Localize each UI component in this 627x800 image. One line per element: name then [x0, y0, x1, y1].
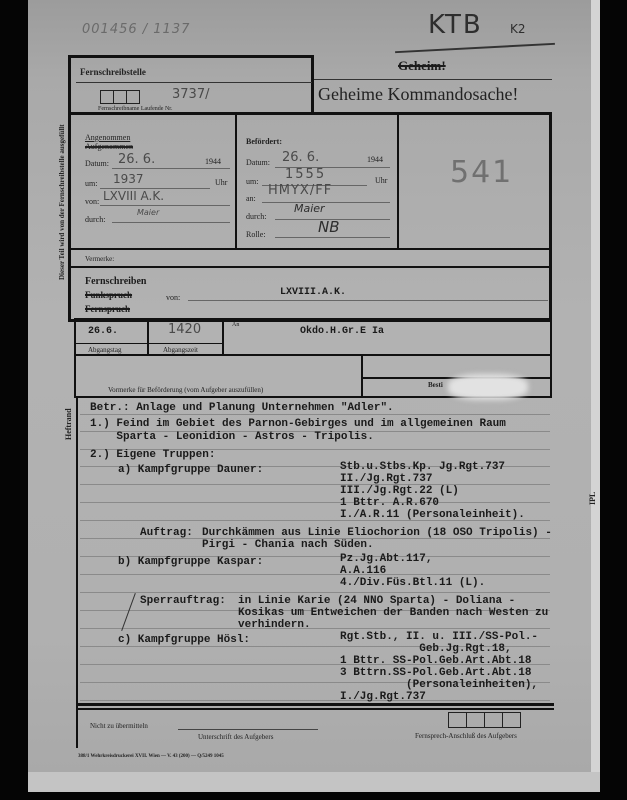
hoesl-unit-3: 1 Bttr. SS-Pol.Geb.Art.Abt.18: [340, 655, 531, 667]
paragraph-1-line-2: Sparta - Leonidion - Astros - Tripolis.: [90, 431, 374, 443]
um-label: um:: [246, 177, 258, 186]
befoerdert-datum: 26. 6.: [282, 150, 319, 165]
sender-value: LXVIII.A.K.: [280, 287, 346, 298]
ktb-suffix: K2: [510, 22, 526, 36]
befoerdert-title: Befördert:: [246, 137, 282, 146]
divider: [76, 703, 554, 706]
dauner-auftrag-line-1: Durchkämmen aus Linie Eliochorion (18 OS…: [202, 527, 552, 539]
field-line: [262, 202, 390, 203]
rule-line: [80, 628, 550, 629]
ktb-note: KTB: [428, 10, 483, 40]
datum-label: Datum:: [246, 158, 270, 167]
classification-title: Geheime Kommandosache!: [318, 84, 518, 105]
field-line: [112, 168, 230, 169]
kaspar-sperrauftrag-label: Sperrauftrag:: [140, 595, 226, 607]
laufende-nr: 3737/: [172, 87, 209, 102]
rule-line: [80, 574, 550, 575]
hoesl-unit-5: (Personaleinheiten),: [340, 679, 538, 691]
angenommen-von: LXVIII A.K.: [103, 189, 164, 203]
margin-stamp: IPL: [588, 455, 597, 505]
kaspar-unit-1: Pz.Jg.Abt.117,: [340, 553, 432, 565]
kampfgruppe-dauner-label: a) Kampfgruppe Dauner:: [118, 464, 263, 476]
print-info: 388/1 Wehrkreisdruckerei XVII. Wien — V.…: [78, 754, 224, 759]
abgangszeit-value: 1420: [168, 322, 201, 337]
message-type: Fernschreiben: [85, 276, 146, 287]
abgangszeit-label: Abgangszeit: [163, 346, 198, 354]
divider: [312, 79, 552, 80]
hoesl-unit-1: Rgt.Stb., II. u. III./SS-Pol.-: [340, 631, 538, 643]
divider: [76, 708, 554, 710]
durch-label: durch:: [246, 212, 266, 221]
kaspar-sperrauftrag-line-2: Kosikas um Entweichen der Banden nach We…: [238, 607, 548, 619]
paper-damage: [448, 374, 528, 400]
fernsprech-label: Fernsprech-Anschluß des Aufgebers: [415, 732, 517, 740]
rule-line: [80, 592, 550, 593]
message-type-fernspruch: Fernspruch: [85, 304, 130, 314]
divider: [70, 248, 550, 250]
uhr: Uhr: [375, 176, 387, 185]
nicht-uebermitteln: Nicht zu übermitteln: [90, 722, 148, 730]
hoesl-unit-4: 3 Bttrn.SS-Pol.Geb.Art.Abt.18: [340, 667, 531, 679]
year: 1944: [205, 157, 221, 166]
paragraph-1-line-1: 1.) Feind im Gebiet des Parnon-Gebirges …: [90, 418, 506, 430]
abgangstag-value: 26.6.: [88, 326, 118, 337]
abgang-box: [74, 318, 552, 356]
kampfgruppe-hoesl-label: c) Kampfgruppe Hösl:: [118, 634, 250, 646]
angenommen-um: 1937: [113, 172, 144, 186]
rolle-label: Rolle:: [246, 230, 266, 239]
divider: [222, 319, 224, 355]
divider: [235, 114, 237, 248]
archive-number: 001456 / 1137: [82, 22, 190, 37]
subject-line: Betr.: Anlage und Planung Unternehmen "A…: [90, 402, 394, 414]
abgangstag-label: Abgangstag: [88, 346, 121, 354]
divider: [75, 343, 223, 344]
divider: [397, 114, 399, 248]
besti-label: Besti: [428, 381, 443, 389]
heftrand-label: Heftrand: [64, 400, 73, 440]
an-label: an:: [246, 194, 256, 203]
rule-line: [80, 484, 550, 485]
kaspar-unit-3: 4./Div.Füs.Btl.11 (L).: [340, 577, 485, 589]
page-edge: [591, 0, 600, 792]
befoerdert-durch: Maier: [294, 202, 325, 215]
fernsprech-boxes: [448, 712, 520, 733]
year: 1944: [367, 155, 383, 164]
dauner-unit-3: III./Jg.Rgt.22 (L): [340, 485, 459, 497]
divider: [76, 82, 312, 83]
um-label: um:: [85, 179, 97, 188]
hoesl-unit-2: Geb.Jg.Rgt.18,: [340, 643, 512, 655]
field-line: [112, 222, 230, 223]
dauner-unit-1: Stb.u.Stbs.Kp. Jg.Rgt.737: [340, 461, 505, 473]
divider: [361, 355, 363, 397]
angenommen-datum: 26. 6.: [118, 152, 155, 167]
kaspar-sperrauftrag-line-3: verhindern.: [238, 619, 311, 631]
rule-line: [80, 502, 550, 503]
dauner-unit-5: I./A.R.11 (Personaleinheit).: [340, 509, 525, 521]
unterschrift-label: Unterschrift des Aufgebers: [198, 733, 273, 741]
durch-label: durch:: [85, 215, 105, 224]
recipient-value: Okdo.H.Gr.E Ia: [300, 326, 384, 337]
field-line: [100, 205, 230, 206]
angenommen-durch: Maier: [137, 208, 159, 217]
margin-line: [76, 398, 78, 748]
dauner-auftrag-label: Auftrag:: [140, 527, 193, 539]
rule-line: [80, 700, 550, 701]
hoesl-unit-6: I./Jg.Rgt.737: [340, 691, 426, 703]
field-line: [275, 237, 390, 238]
angenommen-title: Angenommen: [85, 133, 130, 142]
von-label: von:: [166, 293, 180, 302]
von-label: von:: [85, 197, 99, 206]
divider: [70, 266, 550, 268]
field-line: [188, 300, 548, 301]
an-label: An: [232, 322, 239, 328]
rule-line: [80, 414, 550, 415]
page-bottom-edge: [28, 772, 600, 792]
classification-struck: Geheim!: [398, 58, 446, 74]
fernschreibstelle-title: Fernschreibstelle: [80, 67, 146, 77]
uhr: Uhr: [215, 178, 227, 187]
kampfgruppe-kaspar-label: b) Kampfgruppe Kaspar:: [118, 556, 263, 568]
side-note: Dieser Teil wird von der Fernschreibstel…: [58, 90, 66, 280]
message-type-funkspruch: Funkspruch: [85, 290, 132, 300]
befoerdert-rolle: NB: [318, 218, 340, 236]
paragraph-2-heading: 2.) Eigene Truppen:: [90, 449, 215, 461]
kaspar-sperrauftrag-line-1: in Linie Karie (24 NNO Sparta) - Doliana…: [238, 595, 515, 607]
divider: [147, 319, 149, 355]
datum-label: Datum:: [85, 159, 109, 168]
vormerke-label: Vormerke für Beförderung (vom Aufgeber a…: [108, 386, 263, 394]
dauner-unit-4: 1 Bttr. A.R.670: [340, 497, 439, 509]
befoerdert-an: HMYX/FF: [268, 183, 332, 198]
kaspar-unit-2: A.A.116: [340, 565, 386, 577]
dauner-auftrag-line-2: Pirgi - Chania nach Süden.: [202, 539, 374, 551]
document-number: 541: [450, 155, 513, 190]
befoerdert-um: 1555: [285, 167, 326, 182]
signature-line: [178, 729, 318, 730]
dauner-unit-2: II./Jg.Rgt.737: [340, 473, 432, 485]
aufgenommen-struck: Aufgenommen: [85, 142, 133, 151]
vermerke-label: Vermerke:: [85, 255, 114, 263]
